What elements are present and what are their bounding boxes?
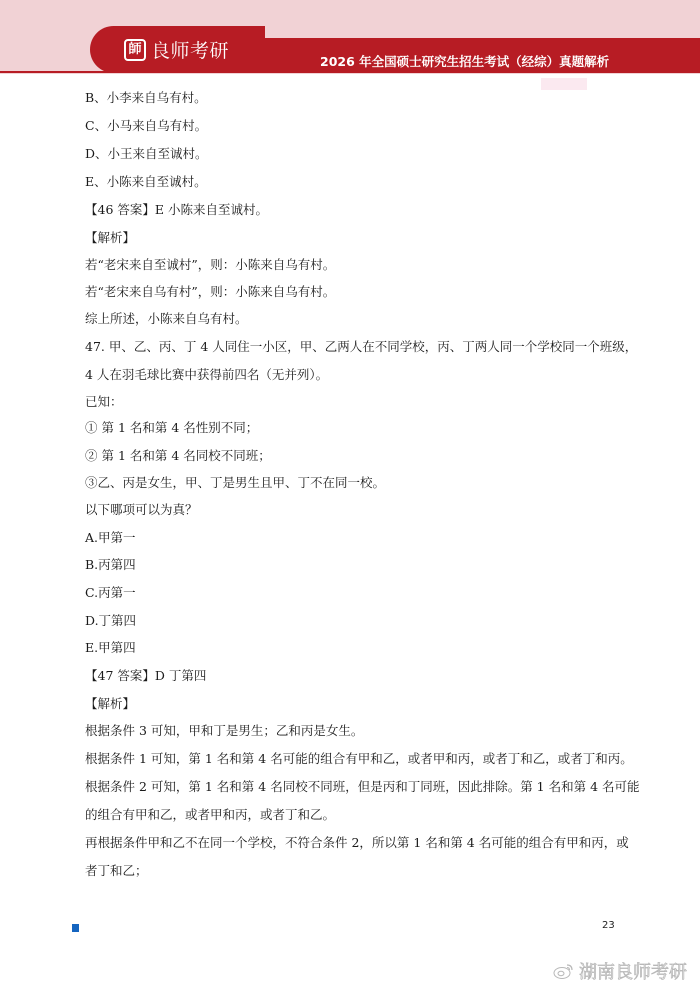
option-e-47: E.甲第四 <box>85 640 136 656</box>
question-47-stem-cont: 4 人在羽毛球比赛中获得前四名（无并列）。 <box>85 367 328 383</box>
option-a-47: A.甲第一 <box>85 530 136 546</box>
condition-3: ③乙、丙是女生，甲、丁是男生且甲、丁不在同一校。 <box>85 475 385 491</box>
analysis-line: 若“老宋来自至诚村”，则：小陈来自乌有村。 <box>85 257 335 273</box>
weibo-icon <box>553 963 575 979</box>
brand-name: 良师考研 <box>151 36 229 63</box>
condition-2: ② 第 1 名和第 4 名同校不同班； <box>85 448 271 464</box>
analysis-line: 若“老宋来自乌有村”，则：小陈来自乌有村。 <box>85 284 335 300</box>
watermark: 湖南良师考研 <box>553 958 687 984</box>
analysis-line: 者丁和乙； <box>85 863 148 879</box>
analysis-heading-46: 【解析】 <box>85 230 135 246</box>
analysis-line: 再根据条件甲和乙不在同一个学校，不符合条件 2，所以第 1 名和第 4 名可能的… <box>85 835 629 851</box>
analysis-heading-47: 【解析】 <box>85 696 135 712</box>
analysis-line: 的组合有甲和乙，或者甲和丙，或者丁和乙。 <box>85 807 335 823</box>
decorative-block <box>541 78 587 90</box>
header-divider <box>0 71 700 73</box>
watermark-text: 湖南良师考研 <box>579 958 687 984</box>
known-label: 已知： <box>85 394 123 410</box>
option-c-46: C、小马来自乌有村。 <box>85 118 207 134</box>
option-d-47: D.丁第四 <box>85 613 136 629</box>
analysis-line: 根据条件 2 可知，第 1 名和第 4 名同校不同班，但是丙和丁同班，因此排除。… <box>85 779 640 795</box>
page-number: 23 <box>602 920 615 931</box>
question-47-prompt: 以下哪项可以为真？ <box>85 502 198 518</box>
header-tab-slant <box>258 26 264 38</box>
footer-marker <box>72 924 79 932</box>
answer-47: 【47 答案】D 丁第四 <box>85 668 206 684</box>
condition-1: ① 第 1 名和第 4 名性别不同； <box>85 420 258 436</box>
brand-logo: 師 良师考研 <box>124 36 229 63</box>
analysis-line: 根据条件 3 可知，甲和丁是男生；乙和丙是女生。 <box>85 723 363 739</box>
page-header: 師 良师考研 2026 年全国硕士研究生招生考试（经综）真题解析 <box>0 0 700 74</box>
answer-46: 【46 答案】E 小陈来自至诚村。 <box>85 202 268 218</box>
option-e-46: E、小陈来自至诚村。 <box>85 174 207 190</box>
option-b-46: B、小李来自乌有村。 <box>85 90 207 106</box>
document-title: 2026 年全国硕士研究生招生考试（经综）真题解析 <box>320 52 609 70</box>
analysis-conclusion-46: 综上所述，小陈来自乌有村。 <box>85 311 248 327</box>
analysis-line: 根据条件 1 可知，第 1 名和第 4 名可能的组合有甲和乙，或者甲和丙，或者丁… <box>85 751 633 767</box>
option-b-47: B.丙第四 <box>85 557 136 573</box>
logo-icon: 師 <box>124 39 146 61</box>
option-c-47: C.丙第一 <box>85 585 136 601</box>
option-d-46: D、小王来自至诚村。 <box>85 146 208 162</box>
question-47-stem: 47. 甲、乙、丙、丁 4 人同住一小区，甲、乙两人在不同学校，丙、丁两人同一个… <box>85 339 637 355</box>
